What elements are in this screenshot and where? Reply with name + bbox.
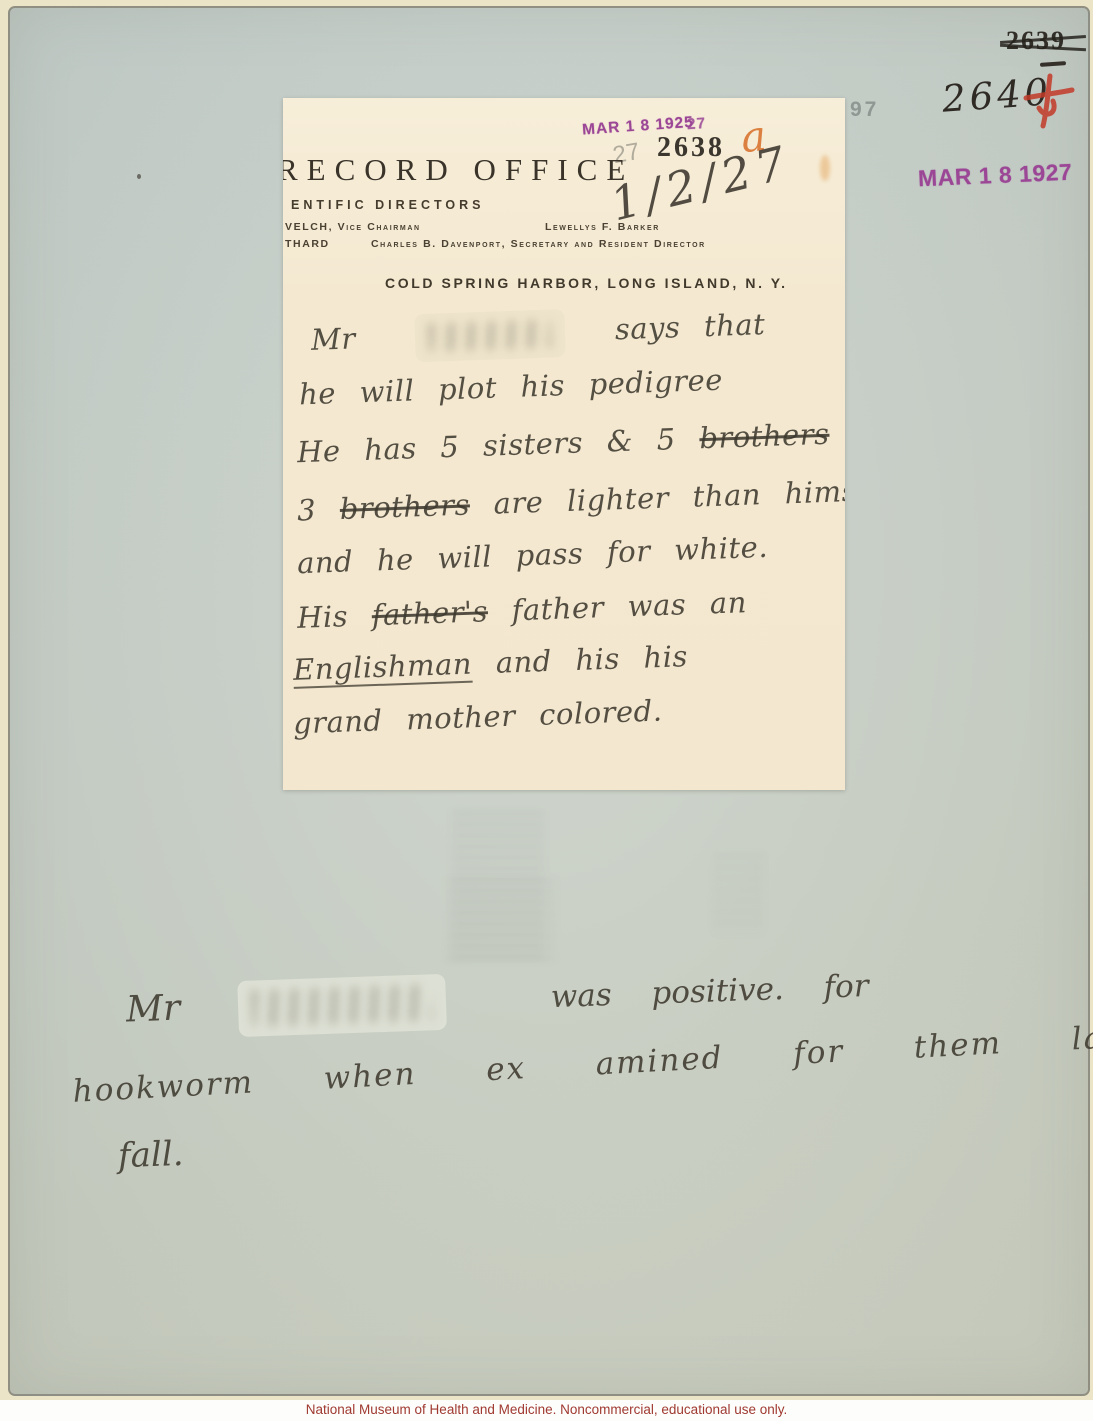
note-text: says that bbox=[614, 307, 766, 346]
note-line-2: he will plot his pedigree bbox=[299, 363, 724, 412]
note-text: and he will pass for white. bbox=[297, 530, 769, 580]
caption-text: National Museum of Health and Medicine. … bbox=[0, 1400, 1093, 1420]
note-text: Mr bbox=[125, 988, 180, 1031]
letterhead-subtitle: ENTIFIC DIRECTORS bbox=[291, 198, 484, 212]
bleed-through-ghost bbox=[712, 855, 764, 933]
note-text-struck: father's bbox=[371, 594, 488, 632]
note-text: was positive. for bbox=[550, 968, 869, 1015]
note-text: His bbox=[297, 599, 349, 635]
note-text: are lighter than himself bbox=[493, 473, 845, 521]
note-text: and his his bbox=[495, 639, 688, 680]
ink-dot bbox=[137, 174, 141, 179]
note-line-8: grand mother colored. bbox=[293, 694, 663, 741]
note-line-6: His father's father was an bbox=[297, 585, 748, 635]
orange-smudge bbox=[820, 155, 830, 181]
redacted-name bbox=[415, 309, 567, 362]
note-text-struck: brothers bbox=[339, 487, 470, 526]
letterhead-address: COLD SPRING HARBOR, LONG ISLAND, N. Y. bbox=[385, 275, 788, 291]
letterhead-director-left-2: THARD bbox=[285, 238, 330, 250]
note-text: he will plot his pedigree bbox=[299, 363, 724, 412]
letterhead-director-right-2: Charles B. Davenport, Secretary and Resi… bbox=[371, 238, 706, 250]
note-line-5: and he will pass for white. bbox=[297, 530, 769, 580]
note-line-4: 3 brothers are lighter than himself bbox=[297, 473, 845, 528]
caption-strip: National Museum of Health and Medicine. … bbox=[0, 1400, 1093, 1421]
note-text: fall. bbox=[117, 1134, 184, 1176]
note-text: father was an bbox=[511, 585, 747, 627]
letterhead-director-left-1: VELCH, Vice Chairman bbox=[285, 221, 421, 233]
note-text: 3 bbox=[297, 493, 317, 528]
document-scan: { "page": { "caption": "National Museum … bbox=[0, 0, 1093, 1421]
note-text: grand mother colored. bbox=[293, 694, 663, 741]
note-line-7: Englishman and his his bbox=[293, 639, 689, 687]
note-text-struck: brothers bbox=[699, 417, 830, 456]
redacted-name bbox=[237, 974, 447, 1037]
note-card: MAR 1 8 192527 27 2638 a 1/2/27 RECORD O… bbox=[283, 98, 845, 790]
note-text: Mr bbox=[310, 321, 356, 357]
bottom-note-line-3: fall. bbox=[117, 1134, 184, 1176]
faint-number-stamp: 97 bbox=[850, 98, 879, 122]
note-text: He has 5 sisters & 5 bbox=[297, 422, 677, 469]
letterhead-title: RECORD OFFICE bbox=[283, 152, 634, 188]
note-line-3: He has 5 sisters & 5 brothers bbox=[297, 417, 830, 470]
note-text-underlined: Englishman bbox=[293, 647, 473, 689]
red-cross-scribble-icon bbox=[1022, 72, 1076, 130]
card-date-stamp-overlap: 27 bbox=[686, 115, 706, 133]
note-line-1: Mr says that bbox=[310, 302, 766, 366]
crossed-out-accession-number: 2639 bbox=[1006, 26, 1066, 56]
letterhead-director-right-1: Lewellys F. Barker bbox=[545, 221, 660, 233]
bleed-through-ghost bbox=[446, 880, 556, 965]
